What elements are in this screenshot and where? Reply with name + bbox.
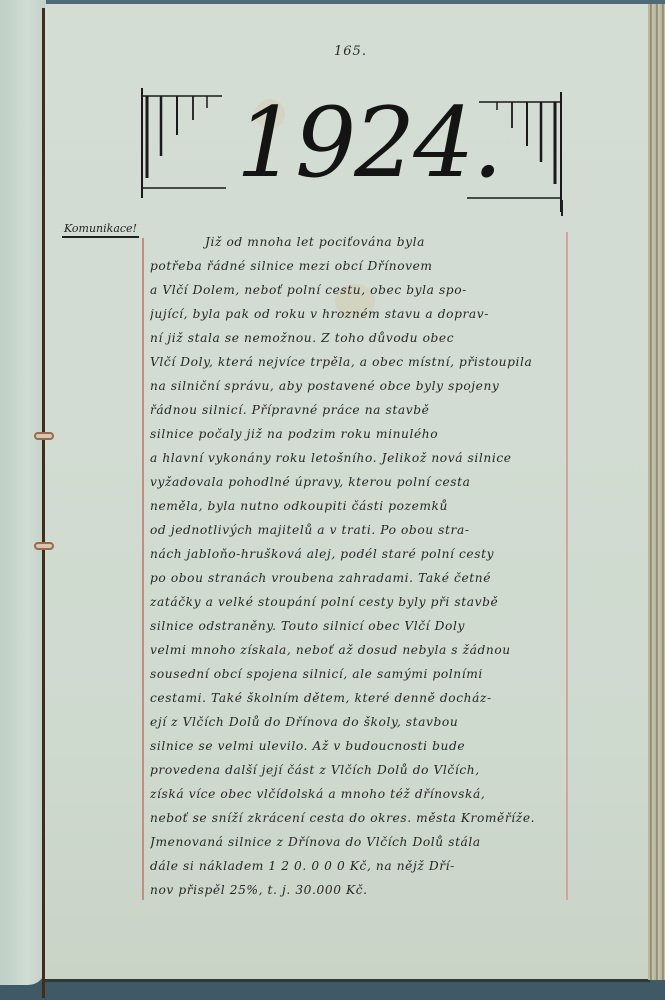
binding-ring-icon (34, 432, 54, 440)
red-margin-rule-right (566, 232, 568, 900)
text-line: nov přispěl 25%, t. j. 30.000 Kč. (150, 876, 565, 904)
left-facing-page (0, 0, 46, 985)
page-number: 165. (334, 44, 367, 59)
ornament-left-icon (140, 88, 232, 198)
binding-ring-icon (34, 542, 54, 550)
page-stack-edges (648, 4, 665, 980)
ruler-tick (561, 200, 563, 216)
ornament-right-icon (467, 92, 563, 212)
red-margin-rule-left (142, 238, 144, 900)
margin-note: Komunikace! (62, 222, 139, 238)
book-gutter (42, 8, 45, 998)
year-heading: 1924. (236, 88, 466, 198)
